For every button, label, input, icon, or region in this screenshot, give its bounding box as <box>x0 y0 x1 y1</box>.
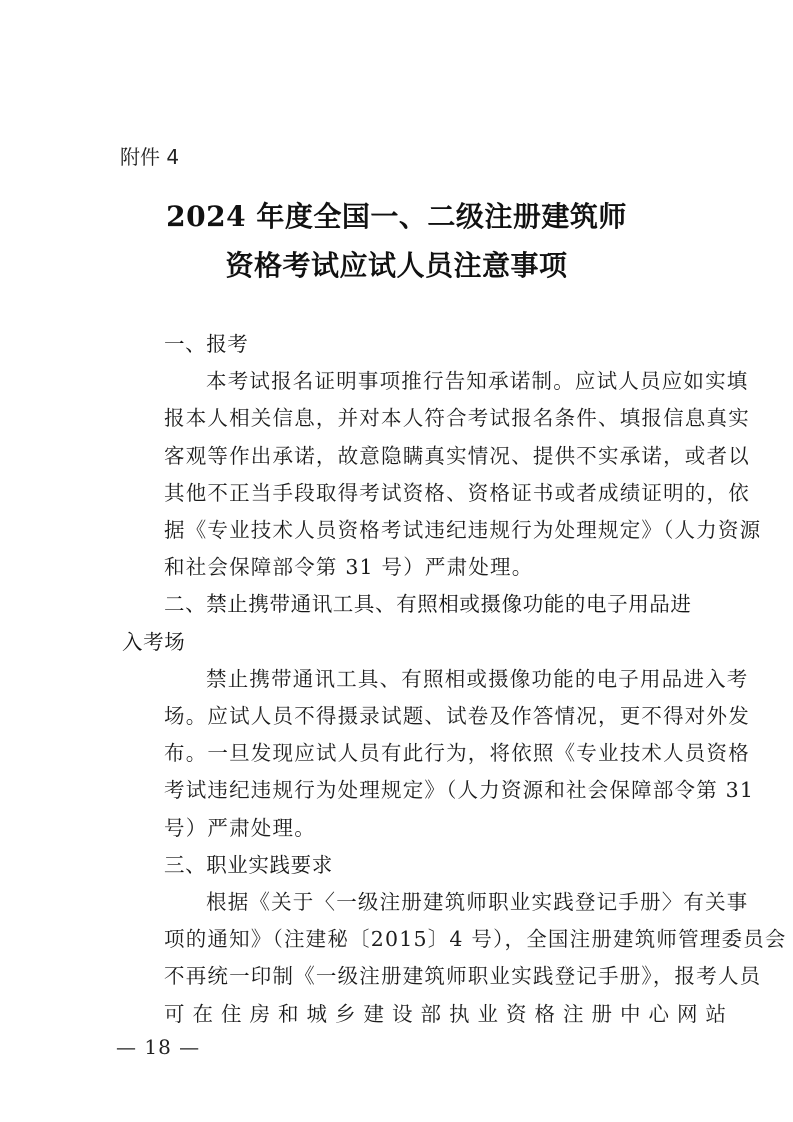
document-page: 附件 4 2024 年度全国一、二级注册建筑师 资格考试应试人员注意事项 一、报… <box>0 0 793 1122</box>
paragraph-line: 布。一旦发现应试人员有此行为，将依照《专业技术人员资格 <box>122 735 682 772</box>
section-registration: 一、报考 本考试报名证明事项推行告知承诺制。应试人员应如实填 报本人相关信息，并… <box>122 326 682 586</box>
paragraph-line: 其他不正当手段取得考试资格、资格证书或者成绩证明的，依 <box>122 475 682 512</box>
paragraph-line: 禁止携带通讯工具、有照相或摄像功能的电子用品进入考 <box>122 661 682 698</box>
paragraph-line: 据《专业技术人员资格考试违纪违规行为处理规定》（人力资源 <box>122 512 682 549</box>
document-title-line-2: 资格考试应试人员注意事项 <box>0 246 793 286</box>
heading-line: 入考场 <box>122 624 682 661</box>
paragraph-line: 本考试报名证明事项推行告知承诺制。应试人员应如实填 <box>122 363 682 400</box>
section-heading: 三、职业实践要求 <box>122 847 682 884</box>
section-device-prohibition: 二、禁止携带通讯工具、有照相或摄像功能的电子用品进 入考场 禁止携带通讯工具、有… <box>122 586 682 846</box>
section-practice-requirements: 三、职业实践要求 根据《关于〈一级注册建筑师职业实践登记手册〉有关事 项的通知》… <box>122 847 682 1033</box>
paragraph-line: 考试违纪违规行为处理规定》（人力资源和社会保障部令第 31 <box>122 772 682 809</box>
paragraph-line: 客观等作出承诺，故意隐瞒真实情况、提供不实承诺，或者以 <box>122 438 682 475</box>
paragraph-line: 项的通知》（注建秘〔2015〕4 号），全国注册建筑师管理委员会 <box>122 921 682 958</box>
paragraph-line: 可在住房和城乡建设部执业资格注册中心网站 <box>122 996 682 1033</box>
section-paragraph: 本考试报名证明事项推行告知承诺制。应试人员应如实填 报本人相关信息，并对本人符合… <box>122 363 682 586</box>
section-heading: 一、报考 <box>122 326 682 363</box>
paragraph-line: 场。应试人员不得摄录试题、试卷及作答情况，更不得对外发 <box>122 698 682 735</box>
paragraph-line: 不再统一印制《一级注册建筑师职业实践登记手册》，报考人员 <box>122 958 682 995</box>
section-heading: 二、禁止携带通讯工具、有照相或摄像功能的电子用品进 入考场 <box>122 586 682 660</box>
attachment-label: 附件 4 <box>120 143 179 171</box>
section-paragraph: 禁止携带通讯工具、有照相或摄像功能的电子用品进入考 场。应试人员不得摄录试题、试… <box>122 661 682 847</box>
document-body: 一、报考 本考试报名证明事项推行告知承诺制。应试人员应如实填 报本人相关信息，并… <box>122 326 682 1033</box>
paragraph-line: 根据《关于〈一级注册建筑师职业实践登记手册〉有关事 <box>122 884 682 921</box>
paragraph-line: 和社会保障部令第 31 号）严肃处理。 <box>122 549 682 586</box>
page-number: — 18 — <box>116 1033 200 1061</box>
paragraph-line: 报本人相关信息，并对本人符合考试报名条件、填报信息真实 <box>122 400 682 437</box>
paragraph-line: 号）严肃处理。 <box>122 810 682 847</box>
document-title-line-1: 2024 年度全国一、二级注册建筑师 <box>0 197 793 237</box>
heading-line: 二、禁止携带通讯工具、有照相或摄像功能的电子用品进 <box>122 586 682 623</box>
section-paragraph: 根据《关于〈一级注册建筑师职业实践登记手册〉有关事 项的通知》（注建秘〔2015… <box>122 884 682 1033</box>
